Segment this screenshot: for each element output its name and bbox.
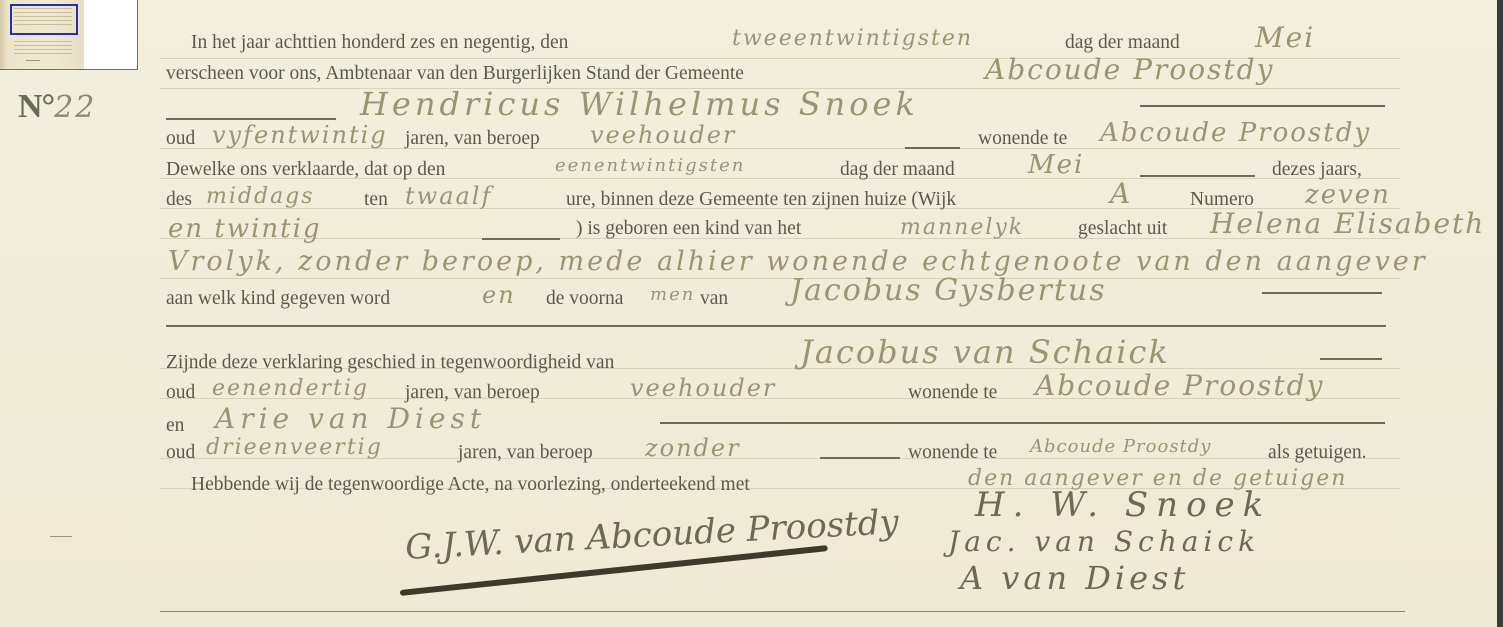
printed-text: des [166,190,192,210]
witness2-signature: A van Diest [960,562,1189,594]
handwritten-birth-month: Mei [1028,152,1084,178]
handwritten-witness1-name: Jacobus van Schaick [800,336,1170,368]
blank-rule [1140,105,1385,107]
blank-rule [1262,292,1382,294]
printed-text: en [166,416,184,436]
official-signature: G.J.W. van Abcoude Proostdy [404,505,899,565]
printed-text: de voorna [546,289,623,309]
handwritten-witness2-residence: Abcoude Proostdy [1030,438,1211,456]
printed-text: Dewelke ons verklaarde, dat op den [166,160,445,180]
handwritten-time-of-day: middags [206,186,315,208]
printed-text: oud [166,383,195,403]
entry-number: N°22 [18,88,96,126]
printed-text: geslacht uit [1078,219,1167,239]
printed-text: Zijnde deze verklaring geschied in tegen… [166,353,614,373]
printed-text: In het jaar achttien honderd zes en nege… [191,33,568,53]
printed-text: dag der maand [1065,33,1180,53]
printed-text: dag der maand [840,160,955,180]
handwritten-age: vyfentwintig [212,123,388,147]
blank-rule [1140,175,1255,177]
section-divider [166,325,1386,327]
handwritten-mother-details: Vrolyk, zonder beroep, mede alhier wonen… [168,248,1428,275]
handwritten-house-number: zeven [1305,182,1391,208]
handwritten-wijk: A [1110,180,1132,208]
entry-number-prefix: N° [18,88,54,125]
handwritten-word: en [482,283,516,307]
handwritten-declarant-name: Hendricus Wilhelmus Snoek [360,88,919,120]
handwritten-municipality: Abcoude Proostdy [985,56,1274,84]
printed-text: van [700,289,728,309]
printed-text: ure, binnen deze Gemeente ten zijnen hui… [566,190,956,210]
thumbnail-line [14,49,72,50]
handwritten-occupation: veehouder [590,123,736,147]
printed-text: wonende te [978,129,1067,149]
thumbnail-signature [26,60,40,61]
blank-rule [660,422,1385,424]
document-viewer[interactable]: N°22 In het jaar achttien honderd zes en… [0,0,1497,627]
margin-mark [50,536,72,537]
ruled-line [160,278,1400,279]
thumbnail-viewport-indicator[interactable] [10,4,78,35]
printed-text: verscheen voor ons, Ambtenaar van den Bu… [166,64,744,84]
printed-text: oud [166,443,195,463]
handwritten-mother-name: Helena Elisabeth [1210,210,1485,238]
bottom-rule [160,611,1405,612]
witness1-signature: Jac. van Schaick [948,528,1260,556]
handwritten-witness2-occupation: zonder [645,436,741,460]
page-thumbnail-minimap[interactable] [0,0,138,70]
declarant-signature: H. W. Snoek [975,488,1271,522]
handwritten-witness1-age: eenendertig [212,378,369,400]
blank-rule [166,118,336,120]
entry-number-value: 22 [54,90,96,125]
printed-text: jaren, van beroep [458,443,593,463]
blank-rule [1320,358,1382,360]
printed-text: wonende te [908,443,997,463]
printed-text: jaren, van beroep [405,129,540,149]
blank-rule [905,147,960,149]
thumbnail-line [14,53,72,54]
handwritten-birth-day: eenentwintigsten [555,157,745,175]
handwritten-house-number-cont: en twintig [168,216,322,242]
printed-text: jaren, van beroep [405,383,540,403]
blank-rule [820,457,900,459]
handwritten-suffix: men [650,286,695,304]
printed-text: oud [166,129,195,149]
printed-text: aan welk kind gegeven word [166,289,390,309]
handwritten-witness2-age: drieenveertig [206,437,383,459]
handwritten-month: Mei [1255,24,1315,52]
thumbnail-line [14,41,72,42]
handwritten-residence: Abcoude Proostdy [1100,120,1371,146]
thumbnail-line [14,45,72,46]
printed-text: ) is geboren een kind van het [576,219,801,239]
blank-rule [482,238,560,240]
handwritten-witness2-name: Arie van Diest [215,405,486,433]
handwritten-child-name: Jacobus Gysbertus [790,276,1107,306]
handwritten-hour: twaalf [405,184,492,208]
printed-text: dezes jaars, [1272,160,1362,180]
printed-text: wonende te [908,383,997,403]
printed-text: als getuigen. [1268,443,1367,463]
handwritten-day: tweeentwintigsten [732,28,973,50]
printed-text: Hebbende wij de tegenwoordige Acte, na v… [191,475,750,495]
printed-text: ten [364,190,388,210]
handwritten-witness1-occupation: veehouder [630,376,776,400]
viewer-right-edge [1497,0,1503,627]
handwritten-witness1-residence: Abcoude Proostdy [1035,372,1324,400]
handwritten-sex: mannelyk [900,217,1024,239]
